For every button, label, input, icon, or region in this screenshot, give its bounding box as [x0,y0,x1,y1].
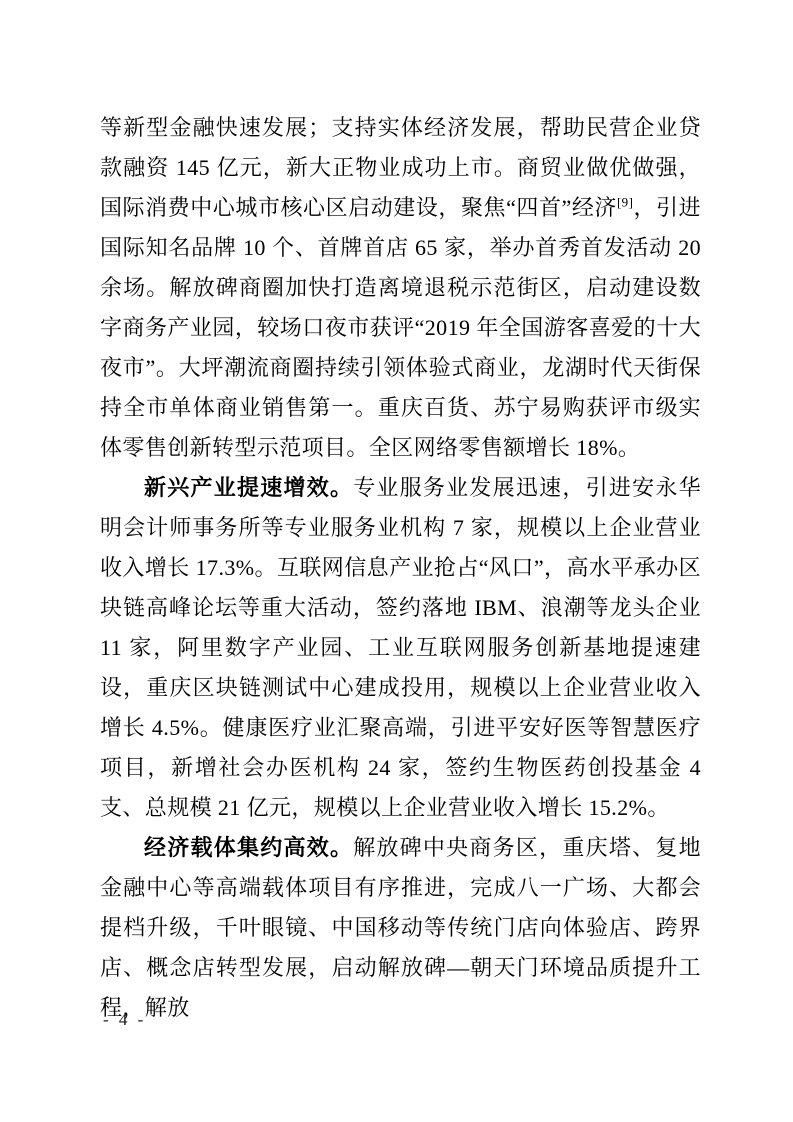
paragraph-text: 专业服务业发展迅速，引进安永华明会计师事务所等专业服务业机构 7 家，规模以上企… [100,475,701,820]
footnote-ref-9: [9] [617,195,633,210]
paragraph-text: ，引进国际知名品牌 10 个、首牌首店 65 家，举办首秀首发活动 20 余场。… [100,195,701,460]
paragraph-continuation: 等新型金融快速发展；支持实体经济发展，帮助民营企业贷款融资 145 亿元，新大正… [100,108,701,468]
paragraph-text: 解放碑中央商务区，重庆塔、复地金融中心等高端载体项目有序推进，完成八一广场、大都… [100,835,701,1020]
document-body: 等新型金融快速发展；支持实体经济发展，帮助民营企业贷款融资 145 亿元，新大正… [100,108,701,1028]
paragraph-lead-in: 新兴产业提速增效。 [144,475,353,500]
page-number: - 4 - [103,1008,146,1032]
paragraph-emerging-industries: 新兴产业提速增效。专业服务业发展迅速，引进安永华明会计师事务所等专业服务业机构 … [100,468,701,828]
document-page: 等新型金融快速发展；支持实体经济发展，帮助民营企业贷款融资 145 亿元，新大正… [0,0,793,1122]
paragraph-lead-in: 经济载体集约高效。 [144,835,353,860]
paragraph-economic-carriers: 经济载体集约高效。解放碑中央商务区，重庆塔、复地金融中心等高端载体项目有序推进，… [100,828,701,1028]
paragraph-text: 等新型金融快速发展；支持实体经济发展，帮助民营企业贷款融资 145 亿元，新大正… [100,115,701,220]
